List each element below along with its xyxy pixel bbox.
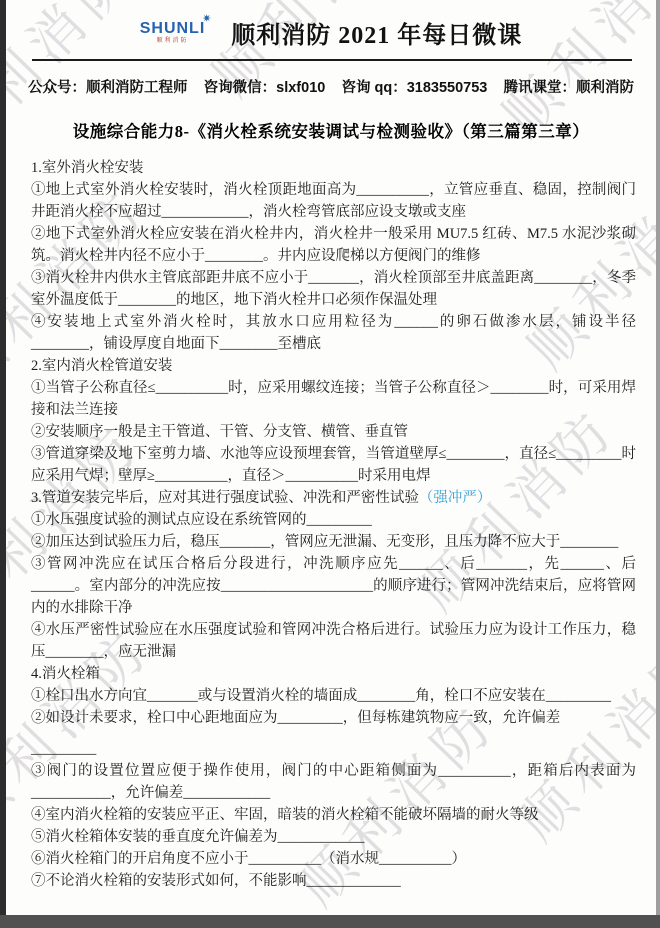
s1-item-2: ②地下式室外消火栓应安装在消火栓井内，消火栓井一般采用 MU7.5 红砖、M7.… — [31, 223, 636, 267]
s4-item-5: ⑤消火栓箱体安装的垂直度允许偏差为____________ — [31, 826, 636, 848]
s4-item-2-blank-line: _________ — [31, 738, 636, 760]
logo-brand-text: SHUNLI — [140, 20, 206, 38]
s3-heading-highlight: （强冲严） — [419, 490, 492, 506]
shunli-logo: SHUNLI ✷ 顺利消防 — [140, 20, 206, 45]
page-left-edge — [0, 0, 6, 928]
contact-wechat: 咨询微信：slxf010 — [204, 76, 326, 97]
document-title: 设施综合能力8-《消火栓系统安装调试与检测验收》（第三篇第三章） — [6, 118, 656, 142]
contact-tencent-class: 腾讯课堂：顺利消防 — [504, 76, 635, 97]
s4-item-1: ①栓口出水方向宜_______或与设置消火栓的墙面成________角，栓口不应… — [31, 685, 636, 707]
section-4-heading: 4.消火栓箱 — [31, 663, 636, 685]
course-title: 顺利消防 2021 年每日微课 — [231, 15, 522, 50]
document-content: SHUNLI ✷ 顺利消防 顺利消防 2021 年每日微课 公众号：顺利消防工程… — [6, 0, 656, 892]
s3-item-4: ④水压严密性试验应在水压强度试验和管网冲洗合格后进行。试验压力应为设计工作压力，… — [31, 619, 636, 663]
course-header: SHUNLI ✷ 顺利消防 顺利消防 2021 年每日微课 — [6, 0, 656, 50]
s3-item-1: ①水压强度试验的测试点应设在系统管网的_________ — [31, 509, 636, 531]
s4-item-3: ③阀门的设置位置应便于操作使用，阀门的中心距箱侧面为__________，距箱后… — [31, 760, 636, 804]
document-body: 1.室外消火栓安装 ①地上式室外消火栓安装时，消火栓顶距地面高为________… — [6, 142, 656, 892]
section-1-heading: 1.室外消火栓安装 — [31, 157, 636, 179]
s3-heading-text: 3.管道安装完毕后，应对其进行强度试验、冲洗和严密性试验 — [31, 490, 419, 506]
s2-item-1: ①当管子公称直径≤__________时，应采用螺纹连接；当管子公称直径＞___… — [31, 377, 636, 421]
s4-item-6: ⑥消火栓箱门的开启角度不应小于__________（消水规__________） — [31, 848, 636, 870]
page-bottom-edge — [0, 915, 660, 928]
page-right-edge — [656, 0, 660, 928]
section-2-heading: 2.室内消火栓管道安装 — [31, 355, 636, 377]
s3-item-2: ②加压达到试验压力后，稳压_______，管网应无泄漏、无变形，且压力降不应大于… — [31, 531, 636, 553]
section-3-heading: 3.管道安装完毕后，应对其进行强度试验、冲洗和严密性试验（强冲严） — [31, 487, 636, 509]
s4-item-7: ⑦不论消火栓箱的安装形式如何，不能影响_____________ — [31, 870, 636, 892]
starburst-icon: ✷ — [202, 12, 211, 25]
s4-item-2: ②如设计未要求，栓口中心距地面应为_________，但每栋建筑物应一致，允许偏… — [31, 707, 636, 729]
s2-item-3: ③管道穿梁及地下室剪力墙、水池等应设预埋套管，当管道壁厚≤________，直径… — [31, 443, 636, 487]
s1-item-4: ④安装地上式室外消火栓时，其放水口应用粒径为______的卵石做渗水层，铺设半径… — [31, 311, 636, 355]
s3-item-3: ③管网冲洗应在试压合格后分段进行，冲洗顺序应先______、后_______，先… — [31, 553, 636, 619]
s2-item-2: ②安装顺序一般是主干管道、干管、分支管、横管、垂直管 — [31, 421, 636, 443]
s1-item-1: ①地上式室外消火栓安装时，消火栓顶距地面高为__________，立管应垂直、稳… — [31, 179, 636, 223]
s4-item-4: ④室内消火栓箱的安装应平正、牢固，暗装的消火栓箱不能破坏隔墙的耐火等级 — [31, 804, 636, 826]
document-page: 顺利消防 顺利消防 顺利消防 顺利消防 顺利消防 顺利消防 顺利消防 顺利消防 … — [6, 0, 656, 915]
logo-sub-text: 顺利消防 — [140, 38, 206, 45]
contact-qq: 咨询 qq：3183550753 — [341, 76, 487, 97]
contact-public-account: 公众号：顺利消防工程师 — [28, 76, 188, 97]
s1-item-3: ③消火栓井内供水主管底部距井底不应小于_______，消火栓顶部至井底盖距离__… — [31, 267, 636, 311]
contact-bar: 公众号：顺利消防工程师 咨询微信：slxf010 咨询 qq：318355075… — [6, 61, 656, 97]
